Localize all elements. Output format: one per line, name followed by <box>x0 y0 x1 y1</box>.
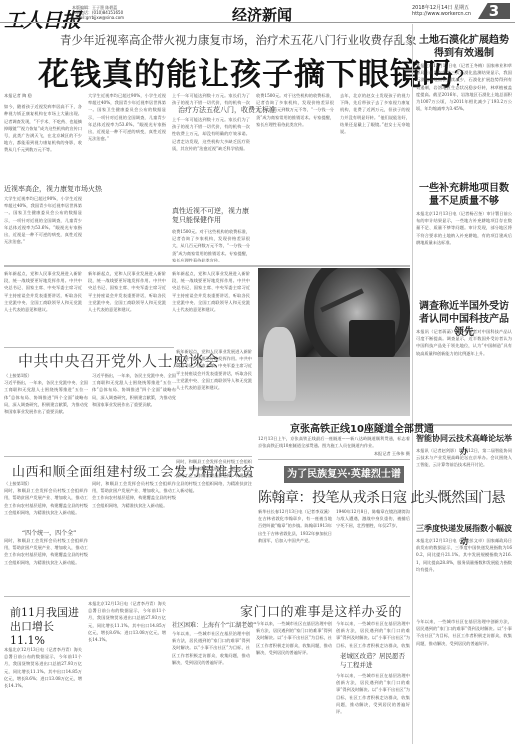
bottom-body-1: 今年以来，一些城市社区在基层治理中创新方法，居民遇到的“家门口的难事”得到及时解… <box>172 630 250 742</box>
excavator <box>349 320 395 357</box>
sidebar-title-1: 土地石漠化扩展趋势得到有效遏制 <box>416 34 512 60</box>
photo-caption-title: 京张高铁正线10座隧道全部贯通 <box>290 420 434 435</box>
export-title: 前11月我国进出口增长11.1% <box>10 606 82 648</box>
lead-headline: 花钱真的能让孩子摘下眼镜吗？ <box>38 49 475 94</box>
meeting-body-3: 新年新起点，党和人民事业发展进入新阶段，统一战线要更好地发挥作用。中共中央总书记… <box>176 348 252 452</box>
lower-rule <box>4 596 410 597</box>
export-body-2: 本报北京12月13日电（记者李丹青）海关总署日前公布的数据显示，今年前11个月，… <box>88 600 166 742</box>
shanxi-byline: （上接第1版） <box>4 480 88 487</box>
sidebar-body-6: 今年以来，一些城市社区在基层治理中创新方法，居民遇到的“家门口的难事”得到及时解… <box>416 618 512 742</box>
meeting-rule <box>4 347 174 348</box>
lead-column-1b: 大学生近视率均已超过90%，小学生近视率超过40%，我国青少年近视率居世界第一。… <box>4 195 82 261</box>
lead-column-3: 上千一年可能达到数十万元。家长们为了孩子的视力不惜一切代价，有的机构一次性收费上… <box>172 116 250 206</box>
lead-kicker: 青少年近视率高企带火视力康复市场，治疗术五花八门行业收费存乱象 <box>60 32 417 48</box>
meeting-body-1: （上接第1版） 习近平指出，一年来，各民主党派中央、全国工商联和无党派人士围绕统… <box>4 372 88 452</box>
meeting-byline: （上接第1版） <box>4 372 88 379</box>
hero-title: 陈翰章：投笔从戎杀日寇 此头慨然国门悬 <box>258 487 505 507</box>
sidebar-title-2: 一些补充耕地项目数量不足质量不够 <box>416 182 512 208</box>
email-line: E-mail:grrbjjxw@sina.com <box>72 15 124 20</box>
shanxi-body-1b: 同时，和顺县工会发挥会员村级工会组织作用，帮助贫困户发展产业、增加收入，推动工会… <box>4 537 88 593</box>
lead-column-2: 大学生近视率均已超过90%，小学生近视率超过40%，我国青少年近视率居世界第一。… <box>88 92 166 262</box>
header-divider <box>0 22 515 23</box>
sidebar-body-3: 本报讯（记者蒋菡）国外受访者对中国科技产品认可度不断提高。调查显示，近半数国外受… <box>416 328 512 421</box>
hero-banner: 为了民族复兴·英雄烈士谱 <box>284 466 404 483</box>
lead-byline: 本报记者 陶 稳 <box>4 92 82 99</box>
lead-subhead-3: 真性近视不可逆，视力康复只能保健作用 <box>172 207 250 225</box>
lead-column-3b: 收费1500元。对于这些机构的收费标准，记者咨询了多家机构，发现价格差异很大，从… <box>172 228 250 262</box>
photo-rule <box>258 459 410 460</box>
newspaper-logo: 工人日报 <box>4 4 80 33</box>
page-number: 3 <box>478 3 510 19</box>
meeting-text: 习近平指出，一年来，各民主党派中央、全国工商联和无党派人士围绕统筹推进“五位一体… <box>4 379 88 415</box>
export-body: 本报北京12月13日电（记者李丹青）海关总署日前公布的数据显示，今年前11个月，… <box>4 646 82 742</box>
meeting-body-2: 习近平指出，一年来，各民主党派中央、全国工商联和无党派人士围绕统筹推进“五位一体… <box>92 372 176 452</box>
bottom-title: 家门口的难事是这样办妥的 <box>240 601 402 620</box>
bottom-subhead-2: 老城区改造？居民愿否与工程并进 <box>340 652 410 670</box>
shanxi-body-3: 同时，和顺县工会发挥会员村级工会组织作用，帮助贫困户发展产业、增加收入，推动工会… <box>176 458 252 592</box>
shanxi-body-1: （上接第1版） 同时，和顺县工会发挥会员村级工会组织作用，帮助贫困户发展产业、增… <box>4 480 88 525</box>
shanxi-text: 同时，和顺县工会发挥会员村级工会组织作用，帮助贫困户发展产业、增加收入，推动工会… <box>4 487 88 516</box>
sidebar-divider <box>412 24 413 744</box>
lead-body-1: 如今，随着孩子近视发病率居高不下，各种视力矫正康复机构在市场上大量出现。记者调查… <box>4 103 82 153</box>
lead-bottom-rule <box>4 265 410 267</box>
photo-credit: 本报记者 王伟伟 摄 <box>360 450 410 458</box>
lead-column-5: 去年，北京的赵女士发现孩子的视力下降，先后带孩子去了多家视力康复机构，花费了近两… <box>340 92 410 262</box>
site-url[interactable]: http://www.workercn.cn <box>412 11 471 17</box>
sidebar-body-5: 本报北京12月13日电（记者彭文卓）国家邮政局日前发布的数据显示，三季度中国快递… <box>416 537 512 615</box>
shanxi-body-2: 同时，和顺县工会发挥会员村级工会组织作用，帮助贫困户发展产业、增加收入，推动工会… <box>92 480 176 592</box>
lead-column-4: 收费1500元。对于这些机构的收费标准，记者咨询了多家机构，发现价格差异很大，从… <box>256 92 334 262</box>
mid-column-3: 新年新起点，党和人民事业发展进入新阶段，统一战线要更好地发挥作用。中共中央总书记… <box>172 270 250 345</box>
hero-body-1: 新华社长春12月13日电（记者李双溪）在吉林省敦化市翰章乡，有一座被当地百姓叫做… <box>258 508 332 592</box>
worker-figure <box>263 327 296 401</box>
hero-body-2: 1940年12月8日，陈翰章在镜泊湖湾沟与敌人遭遇，激战中身负重伤，被捕后宁死不… <box>336 508 410 592</box>
headline-text: 花钱真的能让孩子摘下眼镜吗 <box>38 57 454 93</box>
masthead-info: 本版编辑：王子墨 陈碧蓝 本版电话：(010)84151650 E-mail:g… <box>72 5 124 20</box>
sidebar-body-2: 本报北京12月13日电（记者杨召奎）审计署日前公布的审计结果显示，一些地方补充耕… <box>416 210 512 300</box>
shanxi-rule <box>4 456 252 457</box>
bottom-body-4: 今年以来，一些城市社区在基层治理中创新方法，居民遇到的“家门口的难事”得到及时解… <box>336 672 410 742</box>
lead-column-3-top: 上千一年可能达到数十万元。家长们为了孩子的视力不惜一切代价，有的机构一次性收费上… <box>172 92 250 106</box>
lead-column-1: 本报记者 陶 稳 如今，随着孩子近视发病率居高不下，各种视力矫正康复机构在市场上… <box>4 92 82 187</box>
date-info: 2018年12月14日 星期五 http://www.workercn.cn <box>412 5 471 17</box>
mid-column-1: 新年新起点，党和人民事业发展进入新阶段，统一战线要更好地发挥作用。中共中央总书记… <box>4 270 82 345</box>
sidebar-body-1: 本报北京12月13日电（记者王冬梅）国家林业和草原局日前发布的第三次石漠化监测结… <box>416 62 512 180</box>
bottom-body-2: 今年以来，一些城市社区在基层治理中创新方法，居民遇到的“家门口的难事”得到及时解… <box>256 620 332 742</box>
shanxi-subhead: “四个统一，四个全” <box>22 528 76 537</box>
bottom-subhead-1: 社区困难：上海有个“江湖老娘” <box>172 620 256 629</box>
mid-column-2: 新年新起点，党和人民事业发展进入新阶段，统一战线要更好地发挥作用。中共中央总书记… <box>88 270 166 345</box>
tunnel-photo <box>258 268 410 416</box>
bottom-body-3: 今年以来，一些城市社区在基层治理中创新方法，居民遇到的“家门口的难事”得到及时解… <box>336 620 410 650</box>
